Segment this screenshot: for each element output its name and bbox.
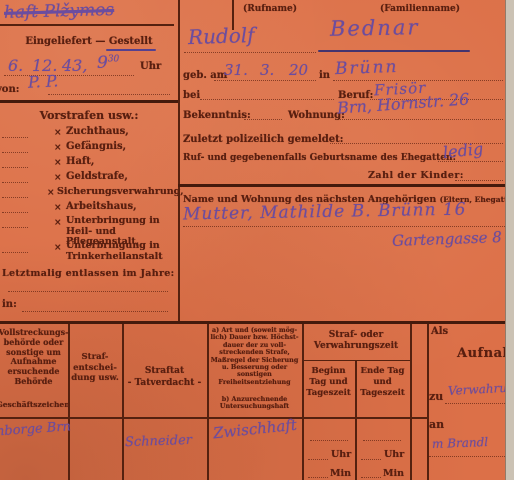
ende-min-label: Min	[383, 468, 404, 479]
entry-line	[2, 152, 28, 153]
entry-line	[2, 182, 28, 183]
geb-year: 20	[289, 61, 308, 79]
angehoerige-line1: Mutter, Mathilde B. Brünn 16	[183, 200, 467, 225]
vorstrafen-item: Unterbringung in Trinkerheilanstalt	[66, 241, 170, 262]
familienname-value: Bednar	[330, 15, 420, 41]
rufname-label: (Rufname)	[215, 4, 325, 14]
table-vline-6	[410, 324, 412, 480]
von-label: von:	[0, 84, 19, 95]
x-marker: ×	[54, 128, 62, 138]
x-marker: ×	[54, 243, 62, 253]
eingeliefert-label: Eingeliefert — Gestellt	[0, 36, 178, 47]
an-label: an	[429, 418, 444, 431]
time-minutes: 30	[108, 54, 119, 64]
beginn-min-label: Min	[330, 468, 351, 479]
familienname-pen-underline	[318, 50, 470, 52]
kinder-label: Zahl der Kinder:	[368, 170, 464, 181]
person-divider-thick	[178, 184, 514, 187]
letztmalig-label: Letztmalig entlassen im Jahre:	[2, 268, 174, 279]
entry-line	[2, 252, 28, 253]
uhr-label: Uhr	[140, 61, 161, 72]
beginn-uhr-label: Uhr	[331, 449, 351, 460]
bekenntnis-dotted-line	[244, 119, 282, 120]
angehoerige-line2: Gartengasse 8	[392, 228, 502, 250]
x-marker: ×	[54, 173, 62, 183]
beginn-header: Beginn Tag und Tageszeit	[304, 366, 353, 398]
zu-label: zu	[429, 390, 443, 403]
x-marker: ×	[54, 143, 62, 153]
in-dotted-line	[22, 311, 168, 312]
x-marker: ×	[54, 218, 62, 228]
von-value: P. P.	[28, 71, 59, 92]
geb-month: 3.	[260, 61, 274, 79]
ehegatte-dotted-line	[438, 161, 503, 162]
table-header-bottom-line	[0, 417, 427, 419]
wohnung-dotted-line	[340, 119, 503, 120]
entry-line	[2, 197, 28, 198]
entry-line	[2, 212, 28, 213]
kinder-dotted-line	[455, 180, 503, 181]
familienname-label: (Familienname)	[358, 4, 482, 14]
main-vertical-divider	[178, 0, 180, 322]
col3-header-line2: - Tatverdacht -	[124, 378, 205, 388]
gemeldet-label: Zuletzt polizeilich gemeldet:	[183, 134, 343, 145]
gestellt-pen-underline	[106, 49, 156, 51]
ehegatte-value: ledig	[442, 139, 484, 162]
prisoner-registration-card: haft Plžymos Eingeliefert — Gestellt 6. …	[0, 0, 514, 480]
col1-footer: Geschäftszeichen	[0, 400, 71, 409]
vorstrafen-title: Vorstrafen usw.:	[0, 109, 178, 122]
als-label: Als	[431, 326, 448, 337]
row-behoerde-value: mborge Brn	[0, 419, 71, 439]
row-art-dauer-value: Zwischhaft	[212, 416, 297, 443]
ehegatte-label: Ruf- und gegebenenfalls Geburtsname des …	[183, 153, 456, 163]
geb-day: 31.	[224, 61, 248, 79]
geburtsort-value: Brünn	[335, 57, 399, 79]
verwahrungszeit-header: Straf- oder Verwahrungszeit	[304, 330, 408, 352]
gestellt-text: Gestellt	[109, 36, 153, 47]
vorstrafen-item: Geldstrafe,	[66, 171, 128, 182]
date-dotted-line	[4, 75, 134, 76]
beginn-min-line	[308, 477, 328, 478]
beginn-entry-line	[310, 440, 348, 441]
eingeliefert-text: Eingeliefert —	[25, 36, 105, 47]
vorstrafen-item: Sicherungsverwahrung,	[57, 186, 184, 197]
entry-line	[2, 137, 28, 138]
x-marker: ×	[47, 188, 55, 198]
geb-dotted-line	[214, 80, 316, 81]
scan-edge-strip	[505, 0, 514, 480]
bekenntnis-label: Bekenntnis:	[183, 110, 251, 121]
an-value: m Brandl	[432, 435, 489, 451]
wohnung-label: Wohnung:	[288, 110, 345, 121]
ende-uhr-line	[361, 459, 381, 460]
vorstrafen-item: Zuchthaus,	[66, 126, 129, 137]
bei-dotted-line	[200, 99, 334, 100]
vorstrafen-item: Haft,	[66, 156, 94, 167]
beginn-uhr-line	[308, 459, 328, 460]
letztmalig-dotted-line	[8, 291, 168, 292]
in-label: in:	[2, 299, 17, 310]
table-top-border	[0, 321, 514, 324]
entry-line	[2, 227, 28, 228]
rufname-dotted-line	[184, 52, 316, 53]
verwahrungszeit-subdivider	[302, 360, 410, 361]
crossed-out-name: haft Plžymos	[4, 0, 224, 23]
angehoerige-dotted-line	[183, 226, 505, 227]
von-dotted-line	[48, 94, 170, 95]
col4-header-a: a) Art und (soweit mög- lich) Dauer bzw.…	[209, 327, 300, 386]
vorstrafen-item: Gefängnis,	[66, 141, 126, 152]
table-vline-2	[122, 324, 124, 480]
geb-in-label: in	[319, 70, 330, 81]
x-marker: ×	[54, 203, 62, 213]
an-dotted-line	[429, 456, 505, 457]
vorstrafen-item: Arbeitshaus,	[66, 201, 137, 212]
left-divider-thick	[0, 100, 178, 103]
time-entry: 930	[97, 53, 119, 73]
date-year: 43,	[62, 56, 87, 75]
col3-header-line1: Straftat	[124, 366, 205, 376]
ende-entry-line	[363, 440, 401, 441]
rufname-value: Rudolf	[188, 23, 255, 49]
time-hour: 9	[97, 53, 108, 73]
ende-uhr-label: Uhr	[384, 449, 404, 460]
bei-label: bei	[183, 90, 200, 101]
col4-header-b: b) Anzurechnende Untersuchungshaft	[209, 396, 300, 411]
zu-dotted-line	[445, 403, 505, 404]
ende-min-line	[361, 477, 381, 478]
ende-header: Ende Tag und Tageszeit	[357, 366, 408, 398]
name-field-line	[0, 24, 174, 26]
row-straftat-value: Schneider	[125, 433, 192, 450]
x-marker: ×	[54, 158, 62, 168]
entry-line	[2, 167, 28, 168]
col2-header: Straf- entschei- dung usw.	[70, 352, 120, 384]
col1-header: Vollstreckungs- behörde oder sonstige um…	[0, 328, 69, 387]
date-day: 6.	[8, 56, 23, 75]
